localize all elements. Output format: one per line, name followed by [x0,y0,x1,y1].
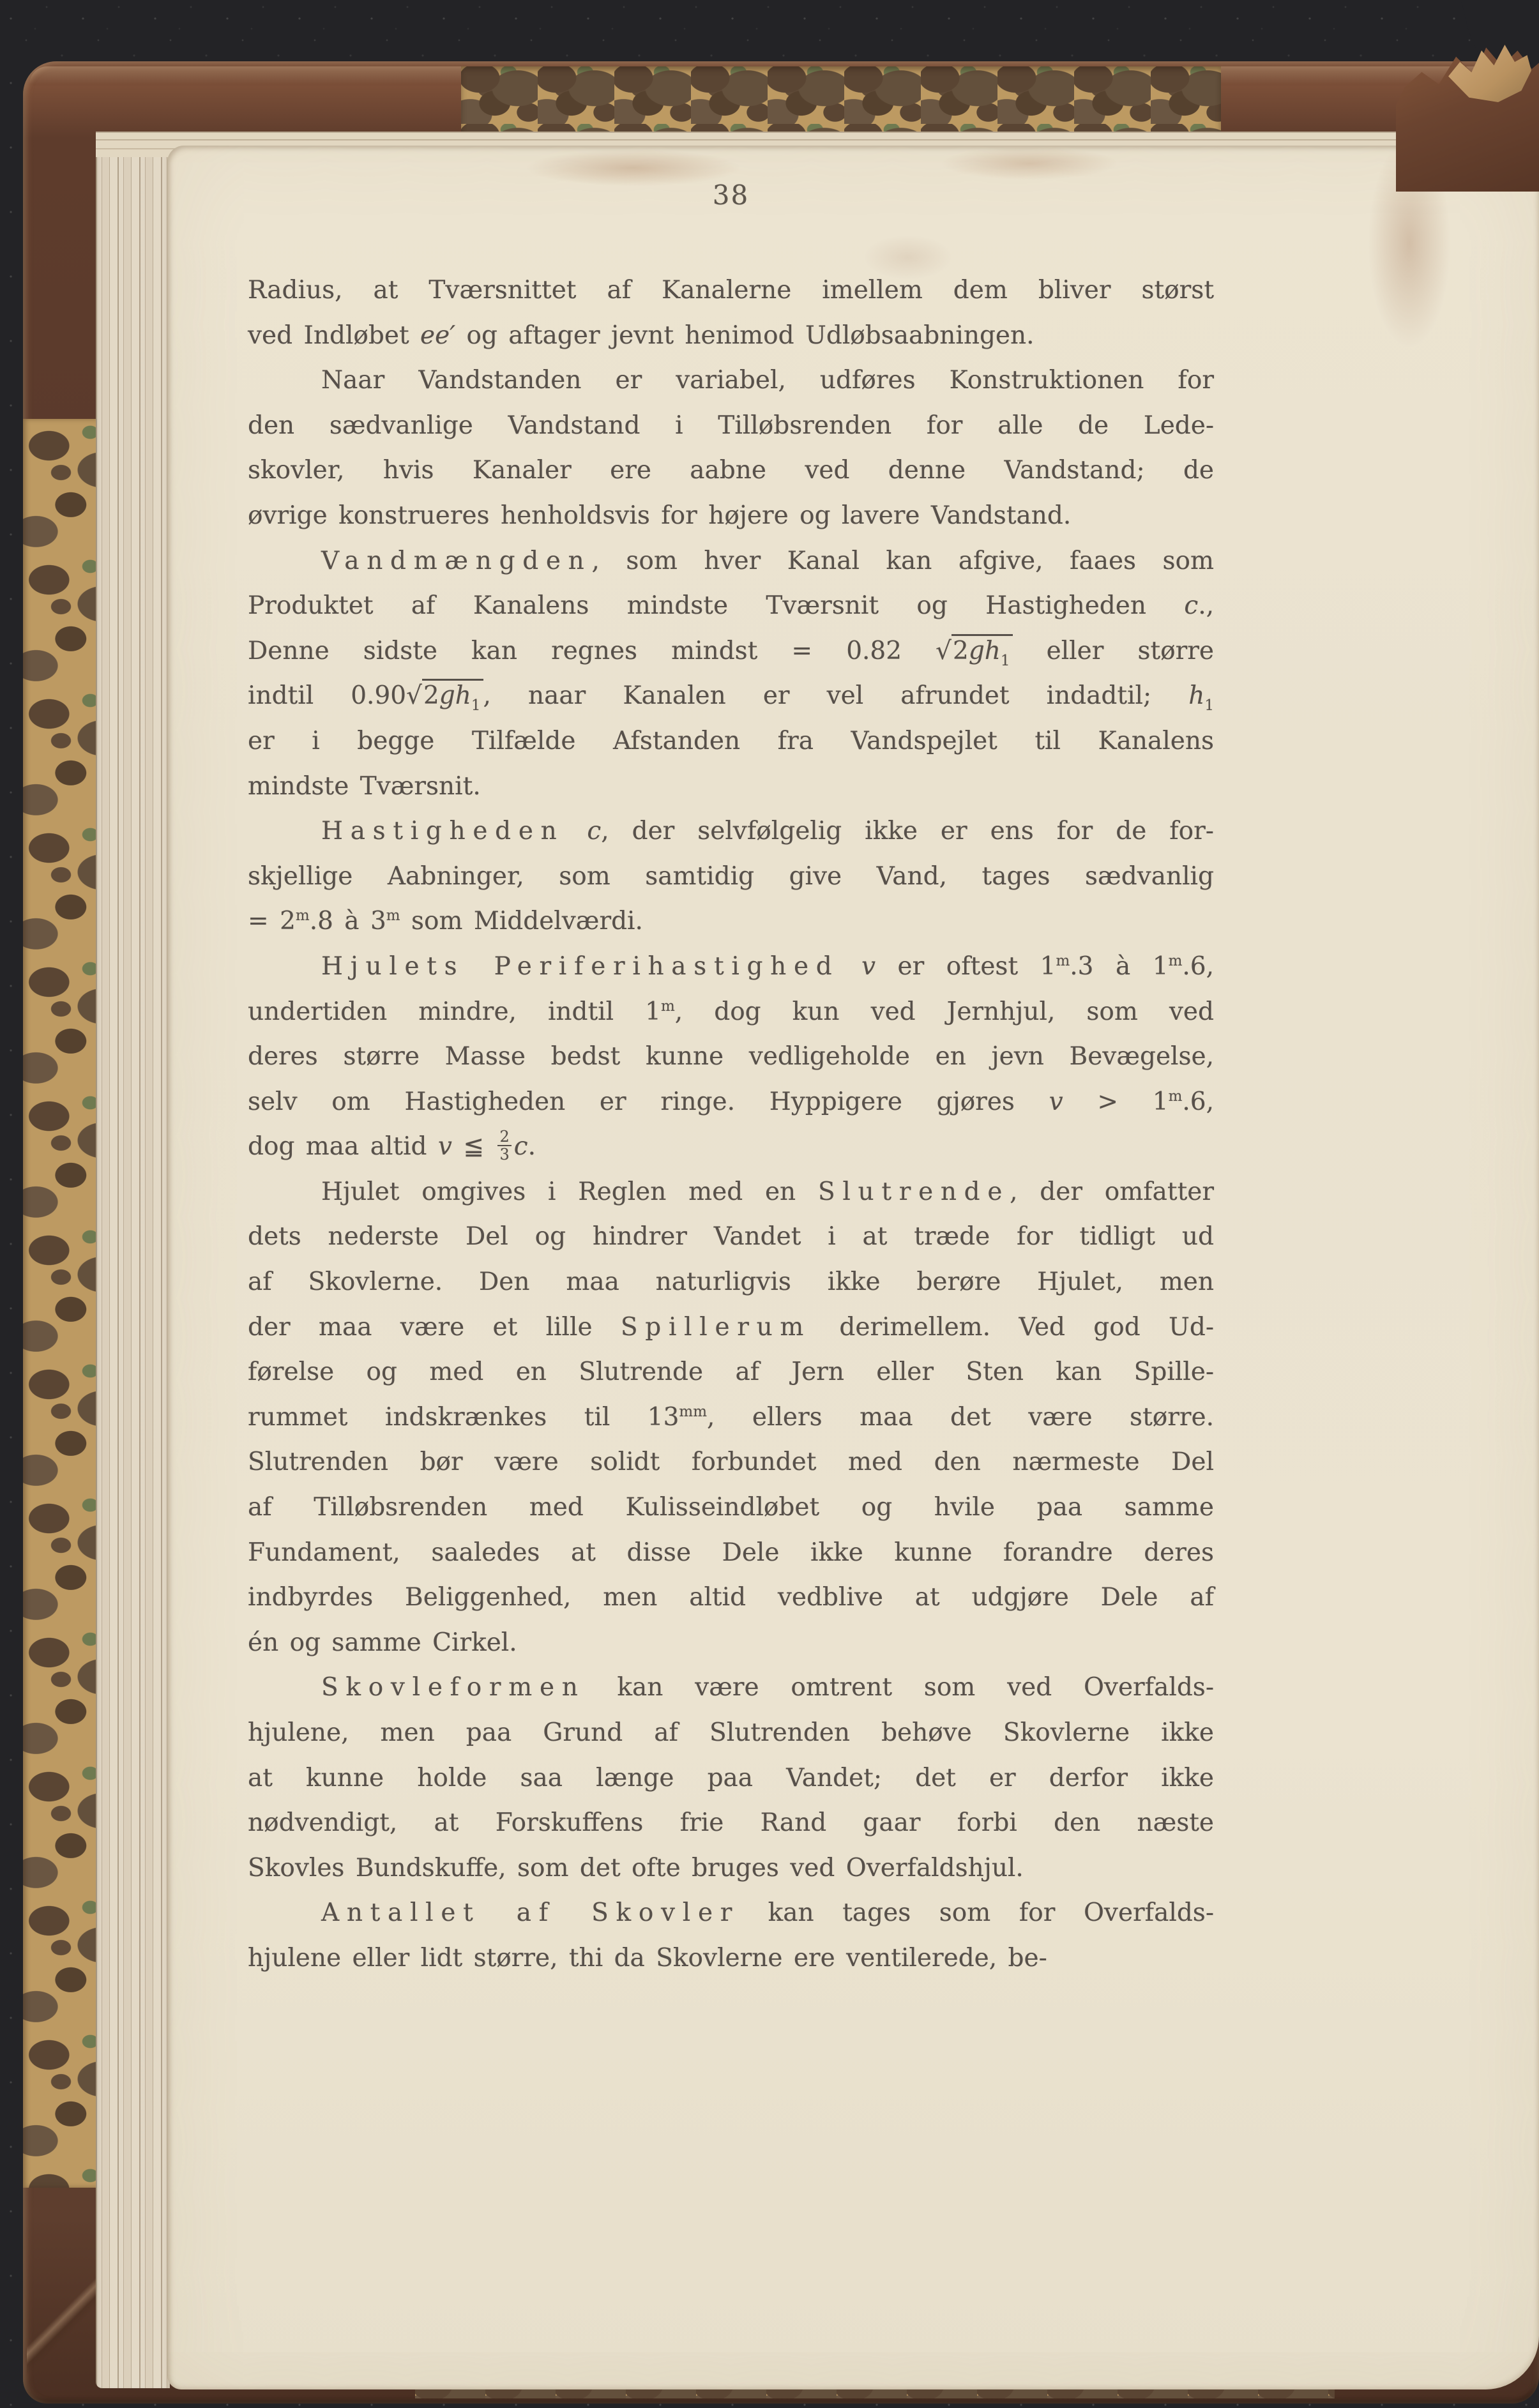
italic-variable: c [587,817,601,845]
text-run: derimellem. Ved god Ud- [811,1313,1214,1342]
italic-variable: v [438,1132,452,1161]
text-run: Slutrenden bør være solidt forbundet med… [248,1448,1214,1476]
text-run [564,817,587,845]
scanned-book-page: 38 Radius, at Tværsnittet af Kanalerne i… [0,0,1539,2408]
text-run: .3 à 1 [1070,952,1168,981]
text-line: dog maa altid v ≦ 23c. [248,1124,1214,1170]
text-run: øvrige konstrueres henholdsvis for højer… [248,501,1071,530]
text-line: den sædvanlige Vandstand i Tilløbsrenden… [248,404,1214,449]
text-run: deres større Masse bedst kunne vedligeho… [248,1042,1214,1071]
text-line: Antallet af Skovler kan tages som for Ov… [248,1891,1214,1936]
text-run: . [528,1132,536,1161]
text-run: , der selvfølgelig ikke er ens for de fo… [601,817,1214,845]
text-run: nødvendigt, at Forskuffens frie Rand gaa… [248,1808,1214,1837]
text-line: Radius, at Tværsnittet af Kanalerne imel… [248,268,1214,314]
text-run: at kunne holde saa længe paa Vandet; det… [248,1764,1214,1792]
unit-superscript: m [1169,953,1183,969]
text-run: af Skovlerne. Den maa naturligvis ikke b… [248,1268,1214,1296]
emphasized-word: Hastigheden [321,817,564,845]
text-run: , naar Kanalen er vel afrundet indadtil; [483,681,1189,710]
radicand: 2gh1 [951,634,1013,665]
text-line: én og samme Cirkel. [248,1621,1214,1666]
marbled-paper-left-board [23,419,101,2188]
italic-variable: c [1184,591,1198,620]
text-run: dog maa altid [248,1132,438,1161]
text-line: deres større Masse bedst kunne vedligeho… [248,1034,1214,1080]
text-run: 2 [423,681,439,710]
text-line: af Tilløbsrenden med Kulisseindløbet og … [248,1485,1214,1531]
text-run: ≦ [452,1132,495,1161]
text-run: Hjulet omgives i Reglen med en [321,1177,818,1206]
text-line: hjulene eller lidt større, thi da Skovle… [248,1936,1214,1981]
subscript: 1 [1001,653,1010,669]
text-run: ved Indløbet [248,321,420,350]
fraction-denominator: 3 [497,1146,511,1162]
text-run: er oftest 1 [876,952,1056,981]
text-run: én og samme Cirkel. [248,1628,517,1657]
text-run: , dog kun ved Jernhjul, som ved [675,997,1214,1026]
text-run: .6, [1182,952,1214,981]
text-run: Naar Vandstanden er variabel, udføres Ko… [321,366,1214,395]
radical-sign: √ [936,637,951,665]
italic-variable: gh [439,681,471,710]
subscript: 1 [471,697,481,714]
text-line: Naar Vandstanden er variabel, udføres Ko… [248,358,1214,404]
marbled-paper-top-edge [461,66,1221,140]
square-root-expression: √2gh1 [936,634,1012,665]
square-root-expression: √2gh1 [406,679,483,710]
text-line: Produktet af Kanalens mindste Tværsnit o… [248,584,1214,629]
emphasized-word: Hjulets Periferihastighed [321,952,839,981]
text-run: .8 à 3 [310,907,386,935]
text-run: hjulene eller lidt større, thi da Skovle… [248,1944,1047,1973]
text-line: øvrige konstrueres henholdsvis for højer… [248,494,1214,539]
text-run: , som hver Kanal kan afgive, faaes som [592,547,1214,575]
stacked-fraction: 23 [497,1129,511,1162]
text-line: = 2m.8 à 3m som Middelværdi. [248,899,1214,944]
text-run: undertiden mindre, indtil 1 [248,997,661,1026]
unit-superscript: m [386,907,400,924]
italic-variable: h [1188,681,1204,710]
text-run: Skovles Bundskuffe, som det ofte bruges … [248,1854,1024,1882]
radicand: 2gh1 [422,679,483,710]
unit-superscript: m [296,907,310,924]
text-run: Denne sidste kan regnes mindst = 0.82 [248,637,936,665]
text-line: selv om Hastigheden er ringe. Hyppigere … [248,1080,1214,1125]
text-line: Skovleformen kan være omtrent som ved Ov… [248,1665,1214,1711]
text-run: kan være omtrent som ved Overfalds- [586,1673,1214,1702]
italic-variable: ee′ [420,321,455,350]
text-line: nødvendigt, at Forskuffens frie Rand gaa… [248,1801,1214,1846]
text-run: 2 [953,637,969,665]
text-run: Fundament, saaledes at disse Dele ikke k… [248,1538,1214,1567]
subscript: 1 [1204,697,1214,714]
italic-variable: v [861,952,876,981]
text-run: rummet indskrænkes til 13 [248,1403,679,1432]
radical-sign: √ [406,681,422,710]
text-line: dets nederste Del og hindrer Vandet i at… [248,1215,1214,1260]
text-line: der maa være et lille Spillerum derimell… [248,1305,1214,1351]
text-run [839,952,861,981]
text-line: at kunne holde saa længe paa Vandet; det… [248,1756,1214,1801]
italic-variable: c [514,1132,528,1161]
text-line: hjulene, men paa Grund af Slutrenden beh… [248,1711,1214,1756]
text-run: selv om Hastigheden er ringe. Hyppigere … [248,1087,1049,1116]
page-edges-left [96,135,170,2388]
italic-variable: v [1049,1087,1063,1116]
emphasized-word: Vandmængden [321,547,592,575]
text-run: indbyrdes Beliggenhed, men altid vedbliv… [248,1583,1214,1612]
text-run: , ellers maa det være større. [707,1403,1214,1432]
unit-superscript: m [661,998,675,1015]
text-line: er i begge Tilfælde Afstanden fra Vandsp… [248,719,1214,764]
text-run: af Tilløbsrenden med Kulisseindløbet og … [248,1493,1214,1522]
text-line: indbyrdes Beliggenhed, men altid vedbliv… [248,1575,1214,1621]
body-text: Radius, at Tværsnittet af Kanalerne imel… [248,268,1214,1981]
emphasized-word: Slutrende [818,1177,1010,1206]
text-run: = 2 [248,907,296,935]
text-line: skjellige Aabninger, som samtidig give V… [248,854,1214,900]
text-line: Fundament, saaledes at disse Dele ikke k… [248,1531,1214,1576]
text-run: dets nederste Del og hindrer Vandet i at… [248,1222,1214,1251]
text-line: af Skovlerne. Den maa naturligvis ikke b… [248,1260,1214,1305]
fraction-numerator: 2 [497,1129,511,1146]
page-stain [940,147,1119,180]
text-run: der maa være et lille [248,1313,621,1342]
text-line: Slutrenden bør være solidt forbundet med… [248,1440,1214,1485]
emphasized-word: Spillerum [621,1313,811,1342]
text-run: mindste Tværsnit. [248,772,481,801]
text-line: mindste Tværsnit. [248,764,1214,810]
text-line: Vandmængden, som hver Kanal kan afgive, … [248,539,1214,584]
text-run: den sædvanlige Vandstand i Tilløbsrenden… [248,411,1214,440]
text-line: indtil 0.90√2gh1, naar Kanalen er vel af… [248,674,1214,719]
text-run: Produktet af Kanalens mindste Tværsnit o… [248,591,1184,620]
text-line: Denne sidste kan regnes mindst = 0.82 √2… [248,629,1214,674]
text-run: og aftager jevnt henimod Udløbsaabningen… [455,321,1034,350]
text-run: Radius, at Tværsnittet af Kanalerne imel… [248,276,1214,305]
unit-superscript: m [1056,953,1070,969]
text-run: hjulene, men paa Grund af Slutrenden beh… [248,1718,1214,1747]
text-line: Hjulets Periferihastighed v er oftest 1m… [248,944,1214,990]
text-run: førelse og med en Slutrende af Jern elle… [248,1358,1214,1386]
text-line: Hastigheden c, der selvfølgelig ikke er … [248,809,1214,854]
text-run: indtil 0.90 [248,681,406,710]
text-run: .6, [1182,1087,1214,1116]
text-run: som Middelværdi. [400,907,643,935]
text-run: eller større [1013,637,1214,665]
text-run: er i begge Tilfælde Afstanden fra Vandsp… [248,727,1214,755]
text-line: Hjulet omgives i Reglen med en Slutrende… [248,1170,1214,1215]
text-line: skovler, hvis Kanaler ere aabne ved denn… [248,448,1214,494]
unit-superscript: mm [679,1404,707,1420]
unit-superscript: m [1169,1088,1183,1105]
page-number: 38 [248,178,1214,213]
text-line: Skovles Bundskuffe, som det ofte bruges … [248,1846,1214,1891]
text-run: > 1 [1063,1087,1169,1116]
text-line: ved Indløbet ee′ og aftager jevnt henimo… [248,314,1214,359]
text-run: ., [1198,591,1214,620]
emphasized-word: Skovleformen [321,1673,586,1702]
emphasized-word: Antallet af Skovler [321,1898,739,1927]
text-run: skovler, hvis Kanaler ere aabne ved denn… [248,456,1214,485]
text-run: skjellige Aabninger, som samtidig give V… [248,862,1214,891]
text-line: undertiden mindre, indtil 1m, dog kun ve… [248,990,1214,1035]
text-run: kan tages som for Overfalds- [739,1898,1214,1927]
text-run: , der omfatter [1010,1177,1214,1206]
text-line: rummet indskrænkes til 13mm, ellers maa … [248,1395,1214,1441]
text-line: førelse og med en Slutrende af Jern elle… [248,1350,1214,1395]
italic-variable: gh [969,637,1001,665]
